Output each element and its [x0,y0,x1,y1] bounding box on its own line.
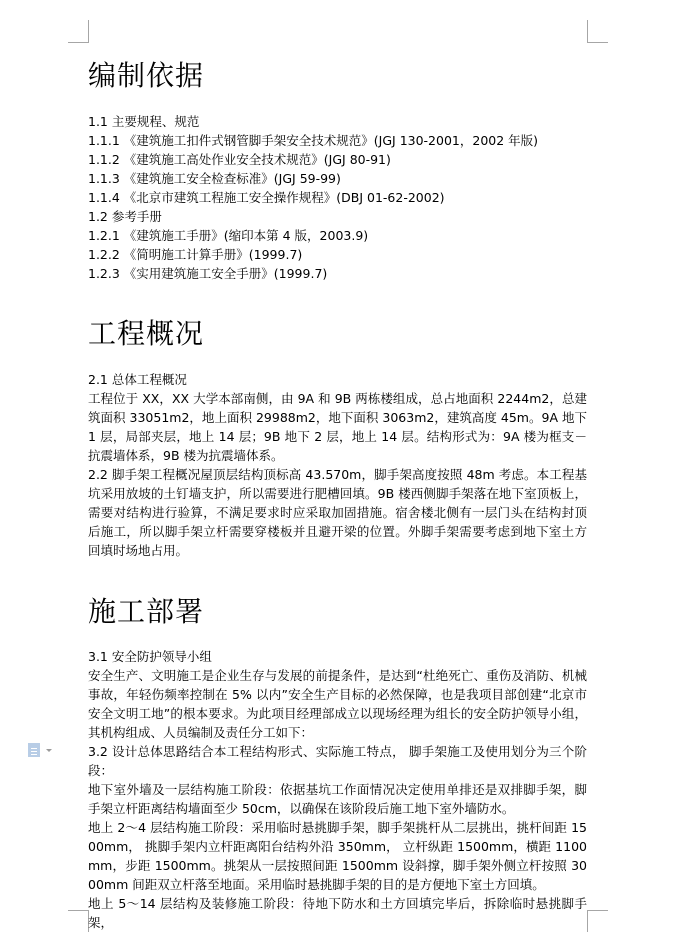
subheading-overall-overview: 2.1 总体工程概况 [88,370,587,389]
heading-compilation-basis: 编制依据 [88,60,204,92]
paragraph-scaffold-overview: 2.2 脚手架工程概况屋顶层结构顶标高 43.570m，脚手架高度按照 48m … [88,465,587,560]
paragraph-basement-stage: 地下室外墙及一层结构施工阶段：依据基坑工作面情况决定使用单排还是双排脚手架，脚手… [88,780,587,818]
page-corner-mark-bottom-right [587,910,608,932]
list-item: 1.1 主要规程、规范 [88,112,587,131]
project-overview-body: 2.1 总体工程概况 工程位于 XX，XX 大学本部南侧，由 9A 和 9B 两… [88,370,587,560]
page-corner-mark-bottom-left [68,910,89,932]
paste-options-icon [28,743,40,757]
heading-project-overview: 工程概况 [88,318,204,350]
paste-options-button[interactable] [28,742,56,758]
paragraph-floors-5-14-stage: 地上 5～14 层结构及装修施工阶段：待地下防水和土方回填完毕后，拆除临时悬挑脚… [88,894,587,932]
list-item: 1.2.2 《简明施工计算手册》(1999.7) [88,245,587,264]
construction-deployment-body: 3.1 安全防护领导小组 安全生产、文明施工是企业生存与发展的前提条件，是达到“… [88,647,587,932]
subheading-safety-group: 3.1 安全防护领导小组 [88,647,587,666]
page-corner-mark-top-left [68,20,89,43]
paragraph-floors-2-4-stage: 地上 2～4 层结构施工阶段：采用临时悬挑脚手架，脚手架挑杆从二层挑出，挑杆间距… [88,818,587,894]
list-item: 1.1.1 《建筑施工扣件式钢管脚手架安全技术规范》(JGJ 130-2001，… [88,131,587,150]
list-item: 1.2.3 《实用建筑施工安全手册》(1999.7) [88,264,587,283]
list-item: 1.1.4 《北京市建筑工程施工安全操作规程》(DBJ 01-62-2002) [88,188,587,207]
paragraph-project-location: 工程位于 XX，XX 大学本部南侧，由 9A 和 9B 两栋楼组成，总占地面积 … [88,389,587,465]
list-item: 1.2 参考手册 [88,207,587,226]
reference-list: 1.1 主要规程、规范 1.1.1 《建筑施工扣件式钢管脚手架安全技术规范》(J… [88,112,587,283]
chevron-down-icon [46,749,52,752]
list-item: 1.1.3 《建筑施工安全检查标准》(JGJ 59-99) [88,169,587,188]
list-item: 1.2.1 《建筑施工手册》(缩印本第 4 版，2003.9) [88,226,587,245]
page-corner-mark-top-right [587,20,608,43]
heading-construction-deployment: 施工部署 [88,596,204,628]
list-item: 1.1.2 《建筑施工高处作业安全技术规范》(JGJ 80-91) [88,150,587,169]
document-page: 编制依据 1.1 主要规程、规范 1.1.1 《建筑施工扣件式钢管脚手架安全技术… [0,0,677,932]
paragraph-safety-production: 安全生产、文明施工是企业生存与发展的前提条件，是达到“杜绝死亡、重伤及消防、机械… [88,666,587,742]
paragraph-design-approach: 3.2 设计总体思路结合本工程结构形式、实际施工特点， 脚手架施工及使用划分为三… [88,742,587,780]
